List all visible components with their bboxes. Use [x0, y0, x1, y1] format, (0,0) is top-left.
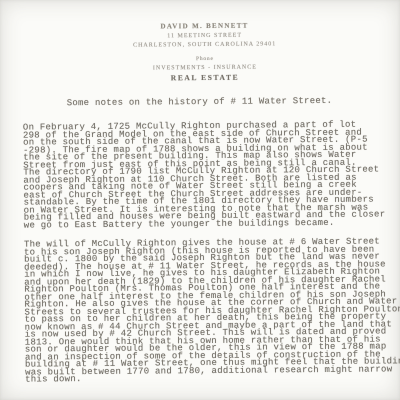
- paragraph-history: On February 4, 1725 McCully Righton purc…: [23, 121, 389, 229]
- letterhead-name: DAVID M. BENNETT: [22, 20, 387, 31]
- paragraph-will: The will of McCully Righton gives the ho…: [24, 238, 390, 384]
- document-title: Some notes on the history of # 11 Water …: [67, 95, 388, 108]
- letterhead-phone-label: Phone: [22, 54, 387, 63]
- page-content: DAVID M. BENNETT 11 MEETING STREET CHARL…: [22, 20, 390, 384]
- letterhead-business-line: REAL ESTATE: [22, 71, 387, 83]
- letterhead-address-line2: CHARLESTON, SOUTH CAROLINA 29401: [22, 40, 387, 49]
- letterhead: DAVID M. BENNETT 11 MEETING STREET CHARL…: [22, 20, 388, 83]
- letterhead-address-line1: 11 MEETING STREET: [22, 31, 387, 40]
- scanned-page: DAVID M. BENNETT 11 MEETING STREET CHARL…: [0, 0, 400, 400]
